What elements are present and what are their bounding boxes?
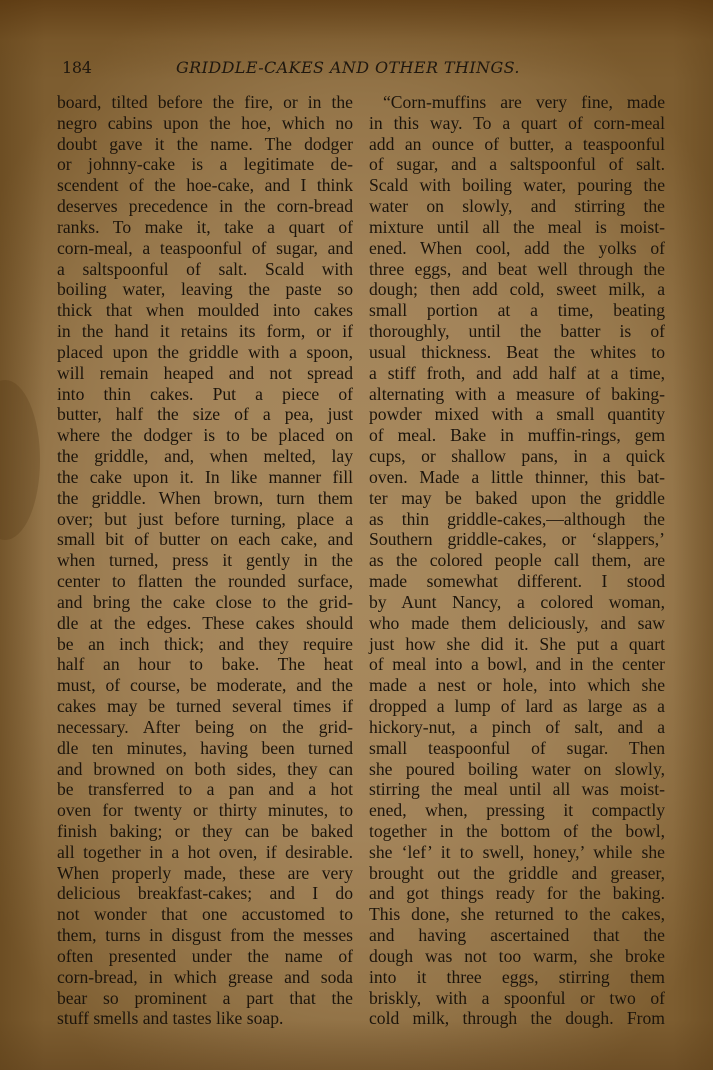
- text-line: where the dodger is to be placed on: [57, 425, 353, 446]
- text-line: delicious breakfast-cakes; and I do: [57, 883, 353, 904]
- text-line: the cake upon it. In like manner fill: [57, 467, 353, 488]
- text-line: mixture until all the meal is moist-: [369, 217, 665, 238]
- text-line: usual thickness. Beat the whites to: [369, 342, 665, 363]
- text-line: a stiff froth, and add half at a time,: [369, 363, 665, 384]
- text-line: must, of course, be moderate, and the: [57, 675, 353, 696]
- text-line: often presented under the name of: [57, 946, 353, 967]
- text-line: “Corn-muffins are very fine, made: [369, 92, 665, 113]
- text-line: bear so prominent a part that the: [57, 988, 353, 1009]
- right-column: “Corn-muffins are very fine, made in thi…: [369, 92, 665, 1029]
- text-line: butter, half the size of a pea, just: [57, 404, 353, 425]
- book-page: 184 GRIDDLE-CAKES AND OTHER THINGS. boar…: [0, 0, 713, 1070]
- text-line: small portion at a time, beating: [369, 300, 665, 321]
- text-line: just how she did it. She put a quart: [369, 634, 665, 655]
- text-line: made somewhat different. I stood: [369, 571, 665, 592]
- text-line: cakes may be turned several times if: [57, 696, 353, 717]
- text-line: be transferred to a pan and a hot: [57, 779, 353, 800]
- text-line: corn-meal, a teaspoonful of sugar, and: [57, 238, 353, 259]
- text-line: of sugar, and a saltspoonful of salt.: [369, 154, 665, 175]
- text-line: hickory-nut, a pinch of salt, and a: [369, 717, 665, 738]
- text-line: and browned on both sides, they can: [57, 759, 353, 780]
- text-line: briskly, with a spoonful or two of: [369, 988, 665, 1009]
- text-line: the griddle, and, when melted, lay: [57, 446, 353, 467]
- text-line: dough was not too warm, she broke: [369, 946, 665, 967]
- text-line: thick that when moulded into cakes: [57, 300, 353, 321]
- text-line: add an ounce of butter, a teaspoonful: [369, 134, 665, 155]
- text-line: dle ten minutes, having been turned: [57, 738, 353, 759]
- text-line: not wonder that one accustomed to: [57, 904, 353, 925]
- text-line: dough; then add cold, sweet milk, a: [369, 279, 665, 300]
- text-line: powder mixed with a small quantity: [369, 404, 665, 425]
- text-line: made a nest or hole, into which she: [369, 675, 665, 696]
- text-line: stuff smells and tastes like soap.: [57, 1008, 353, 1029]
- running-title: GRIDDLE-CAKES AND OTHER THINGS.: [176, 58, 520, 77]
- text-line: small teaspoonful of sugar. Then: [369, 738, 665, 759]
- text-line: them, turns in disgust from the messes: [57, 925, 353, 946]
- text-line: finish baking; or they can be baked: [57, 821, 353, 842]
- paper-stain: [0, 380, 40, 540]
- text-line: oven. Made a little thinner, this bat-: [369, 467, 665, 488]
- text-line: into it three eggs, stirring them: [369, 967, 665, 988]
- text-line: and having ascertained that the: [369, 925, 665, 946]
- text-line: deserves precedence in the corn-bread: [57, 196, 353, 217]
- text-line: of meal. Bake in muffin-rings, gem: [369, 425, 665, 446]
- text-line: This done, she returned to the cakes,: [369, 904, 665, 925]
- text-line: a saltspoonful of salt. Scald with: [57, 259, 353, 280]
- text-line: corn-bread, in which grease and soda: [57, 967, 353, 988]
- text-line: board, tilted before the fire, or in the: [57, 92, 353, 113]
- text-line: necessary. After being on the grid-: [57, 717, 353, 738]
- text-line: by Aunt Nancy, a colored woman,: [369, 592, 665, 613]
- text-line: and got things ready for the baking.: [369, 883, 665, 904]
- text-line: she ‘lef’ it to swell, honey,’ while she: [369, 842, 665, 863]
- text-line: stirring the meal until all was moist-: [369, 779, 665, 800]
- text-line: or johnny-cake is a legitimate de-: [57, 154, 353, 175]
- text-line: in this way. To a quart of corn-meal: [369, 113, 665, 134]
- text-line: oven for twenty or thirty minutes, to: [57, 800, 353, 821]
- text-line: be an inch thick; and they require: [57, 634, 353, 655]
- text-line: of meal into a bowl, and in the center: [369, 654, 665, 675]
- text-line: over; but just before turning, place a: [57, 509, 353, 530]
- page-number: 184: [62, 58, 92, 77]
- text-line: all together in a hot oven, if desirable…: [57, 842, 353, 863]
- text-line: center to flatten the rounded surface,: [57, 571, 353, 592]
- text-line: dropped a lump of lard as large as a: [369, 696, 665, 717]
- text-line: brought out the griddle and greaser,: [369, 863, 665, 884]
- text-line: when turned, press it gently in the: [57, 550, 353, 571]
- text-line: cold milk, through the dough. From: [369, 1008, 665, 1029]
- text-line: three eggs, and beat well through the: [369, 259, 665, 280]
- text-line: and bring the cake close to the grid-: [57, 592, 353, 613]
- text-line: small bit of butter on each cake, and: [57, 529, 353, 550]
- text-line: ranks. To make it, take a quart of: [57, 217, 353, 238]
- text-line: she poured boiling water on slowly,: [369, 759, 665, 780]
- text-line: as the colored people call them, are: [369, 550, 665, 571]
- text-line: water on slowly, and stirring the: [369, 196, 665, 217]
- text-line: the griddle. When brown, turn them: [57, 488, 353, 509]
- text-line: will remain heaped and not spread: [57, 363, 353, 384]
- text-line: Scald with boiling water, pouring the: [369, 175, 665, 196]
- text-line: doubt gave it the name. The dodger: [57, 134, 353, 155]
- left-column: board, tilted before the fire, or in the…: [57, 92, 353, 1029]
- text-line: half an hour to bake. The heat: [57, 654, 353, 675]
- text-line: cups, or shallow pans, in a quick: [369, 446, 665, 467]
- running-head: 184 GRIDDLE-CAKES AND OTHER THINGS.: [62, 58, 662, 80]
- text-line: as thin griddle-cakes,—although the: [369, 509, 665, 530]
- text-line: together in the bottom of the bowl,: [369, 821, 665, 842]
- text-line: ened. When cool, add the yolks of: [369, 238, 665, 259]
- text-line: ened, when, pressing it compactly: [369, 800, 665, 821]
- text-line: negro cabins upon the hoe, which no: [57, 113, 353, 134]
- text-line: in the hand it retains its form, or if: [57, 321, 353, 342]
- text-line: ter may be baked upon the griddle: [369, 488, 665, 509]
- text-line: Southern griddle-cakes, or ‘slappers,’: [369, 529, 665, 550]
- text-line: When properly made, these are very: [57, 863, 353, 884]
- text-line: placed upon the griddle with a spoon,: [57, 342, 353, 363]
- text-line: boiling water, leaving the paste so: [57, 279, 353, 300]
- text-line: dle at the edges. These cakes should: [57, 613, 353, 634]
- text-line: scendent of the hoe-cake, and I think: [57, 175, 353, 196]
- text-line: alternating with a measure of baking-: [369, 384, 665, 405]
- text-line: who made them deliciously, and saw: [369, 613, 665, 634]
- text-line: into thin cakes. Put a piece of: [57, 384, 353, 405]
- text-line: thoroughly, until the batter is of: [369, 321, 665, 342]
